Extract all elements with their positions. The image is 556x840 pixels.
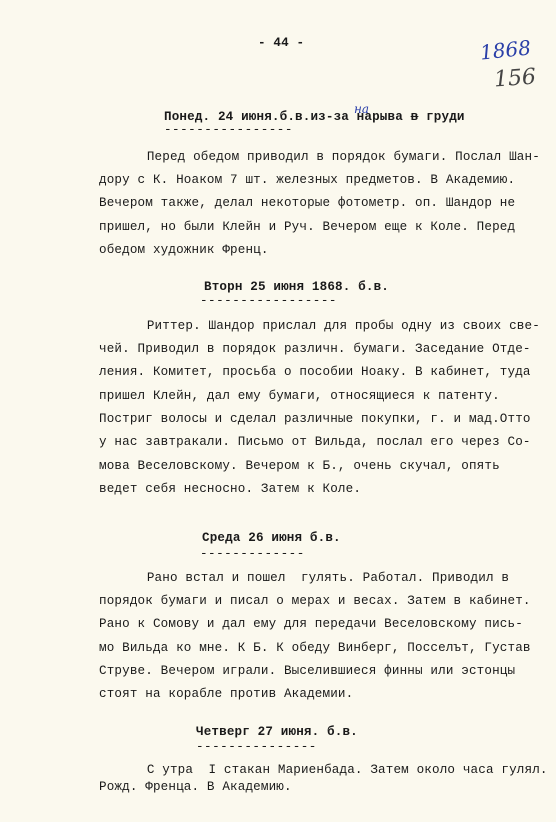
text-line: Постриг волосы и сделал различные покупк… [99,412,531,426]
entry-heading-4: Четверг 27 июня. б.в. [196,725,358,739]
text-line: Рожд. Френца. В Академию. [99,780,292,794]
entry-underline-3: ------------- [200,547,305,561]
entry-heading-3: Среда 26 июня б.в. [202,531,341,545]
text-line: ведет себя несносно. Затем к Коле. [99,482,361,496]
text-line: обедом художник Френц. [99,243,269,257]
text-line: ления. Комитет, просьба о пособии Ноаку.… [99,365,531,379]
text-line: у нас завтракали. Письмо от Вильда, посл… [99,435,531,449]
entry-underline-1: ---------------- [164,123,293,137]
text-line: пришел Клейн, дал ему бумаги, относящиес… [99,389,500,403]
text-line: мова Веселовскому. Вечером к Б., очень с… [99,459,500,473]
text-line: стоят на корабле против Академии. [99,687,353,701]
text-line: Рано к Сомову и дал ему для передачи Вес… [99,617,523,631]
text-line: Рано встал и пошел гулять. Работал. Прив… [116,571,509,585]
text-line: пришел, но были Клейн и Руч. Вечером еще… [99,220,515,234]
text-line: Струве. Вечером играли. Выселившиеся фин… [99,664,515,678]
handwritten-folio-number: 156 [493,65,537,93]
text-line: порядок бумаги и писал о мерах и весах. … [99,594,531,608]
text-line: С утра I стакан Мариенбада. Затем около … [116,763,548,777]
struck-text: в [411,110,419,124]
entry-underline-4: --------------- [196,740,317,754]
entry-heading-1: Понед. 24 июня.б.в.из-за нарыва в груди [164,110,465,124]
text-line: Вечером также, делал некоторые фотометр.… [99,196,515,210]
text-line: дору с К. Ноаком 7 шт. железных предмето… [99,173,515,187]
entry-heading-2: Вторн 25 июня 1868. б.в. [204,280,389,294]
heading-tail: груди [426,110,465,124]
entry-underline-2: ----------------- [200,294,337,308]
document-page: - 44 - 1868 156 на Понед. 24 июня.б.в.из… [0,0,556,822]
page-number: - 44 - [258,36,304,50]
text-line: Перед обедом приводил в порядок бумаги. … [116,150,540,164]
text-line: Риттер. Шандор прислал для пробы одну из… [116,319,540,333]
text-line: мо Вильда ко мне. К Б. К обеду Винберг, … [99,641,531,655]
handwritten-year-annotation: 1868 [479,35,532,64]
text-line: чей. Приводил в порядок различн. бумаги.… [99,342,531,356]
heading-text: Понед. 24 июня.б.в.из-за нарыва [164,110,403,124]
